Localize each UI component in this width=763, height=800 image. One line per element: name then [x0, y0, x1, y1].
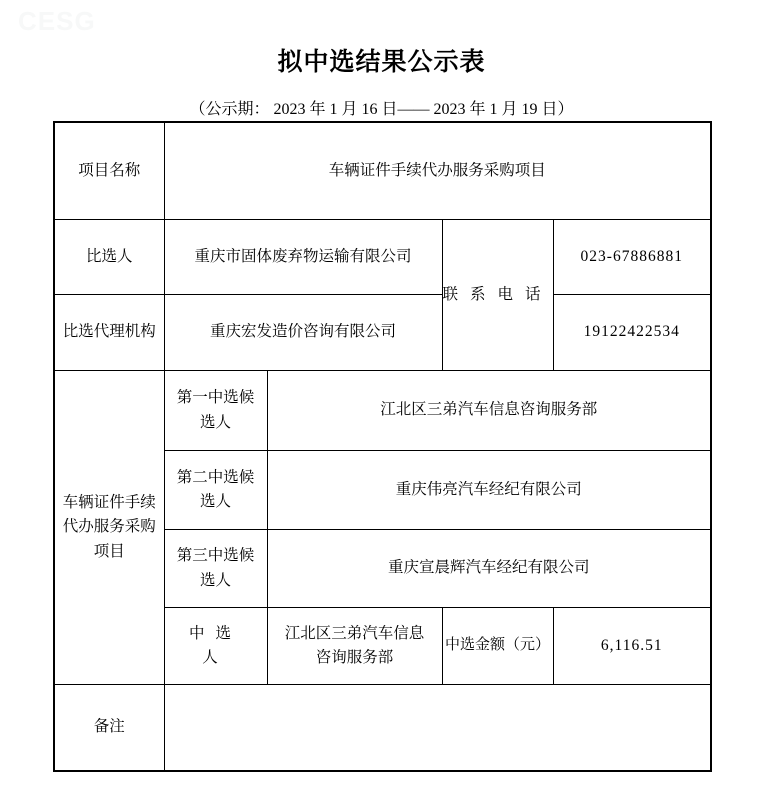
winner-value: 江北区三弟汽车信息咨询服务部	[267, 608, 442, 685]
winner-amount-label: 中选金额（元）	[442, 608, 553, 685]
project-name-value: 车辆证件手续代办服务采购项目	[164, 122, 711, 220]
selector-value: 重庆市固体废弃物运输有限公司	[164, 220, 442, 295]
result-table: 项目名称 车辆证件手续代办服务采购项目 比选人 重庆市固体废弃物运输有限公司 联…	[53, 121, 712, 772]
candidate-2-label: 第二中选候选人	[164, 451, 267, 530]
agency-value: 重庆宏发造价咨询有限公司	[164, 295, 442, 371]
agency-phone: 19122422534	[553, 295, 711, 371]
table-row-project: 项目名称 车辆证件手续代办服务采购项目	[54, 122, 711, 220]
project-name-label: 项目名称	[54, 122, 164, 220]
candidate-2-value: 重庆伟亮汽车经纪有限公司	[267, 451, 711, 530]
agency-label: 比选代理机构	[54, 295, 164, 371]
candidate-3-value: 重庆宣晨辉汽车经纪有限公司	[267, 530, 711, 608]
table-row-agency: 比选代理机构 重庆宏发造价咨询有限公司 19122422534	[54, 295, 711, 371]
selector-phone: 023-67886881	[553, 220, 711, 295]
selector-label: 比选人	[54, 220, 164, 295]
announcement-page: CESG 拟中选结果公示表 （公示期： 2023 年 1 月 16 日—— 20…	[0, 0, 763, 800]
winner-amount: 6,116.51	[553, 608, 711, 685]
candidate-1-value: 江北区三弟汽车信息咨询服务部	[267, 371, 711, 451]
table-row-remark: 备注	[54, 685, 711, 772]
candidate-1-label: 第一中选候选人	[164, 371, 267, 451]
page-title: 拟中选结果公示表	[0, 42, 763, 78]
contact-phone-label: 联系电话	[442, 220, 553, 371]
cesg-watermark: CESG	[18, 6, 96, 37]
candidate-3-label: 第三中选候选人	[164, 530, 267, 608]
project-section-label: 车辆证件手续代办服务采购项目	[54, 371, 164, 685]
table-row-candidate-1: 车辆证件手续代办服务采购项目 第一中选候选人 江北区三弟汽车信息咨询服务部	[54, 371, 711, 451]
winner-label: 中选人	[164, 608, 267, 685]
remark-value	[164, 685, 711, 772]
table-row-selector: 比选人 重庆市固体废弃物运输有限公司 联系电话 023-67886881	[54, 220, 711, 295]
remark-label: 备注	[54, 685, 164, 772]
publicity-period: （公示期： 2023 年 1 月 16 日—— 2023 年 1 月 19 日）	[0, 96, 763, 119]
